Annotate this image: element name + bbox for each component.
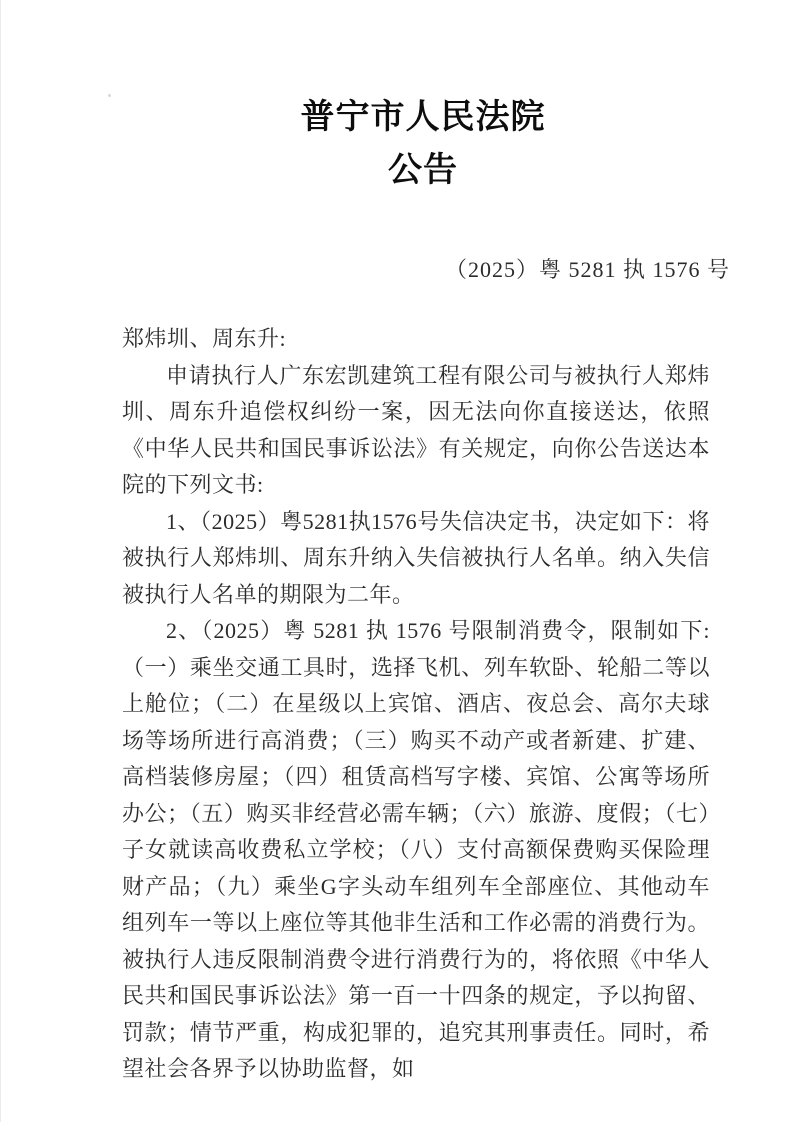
salutation: 郑炜圳、周东升: — [122, 321, 710, 358]
document-content: 普宁市人民法院 公告 （2025）粤 5281 执 1576 号 郑炜圳、周东升… — [122, 0, 710, 1088]
court-name: 普宁市人民法院 — [122, 91, 710, 144]
doc-type-title: 公告 — [122, 144, 710, 197]
paragraph-consumption-restriction: 2、（2025）粤 5281 执 1576 号限制消费令，限制如下:（一）乘坐交… — [122, 613, 710, 1088]
scan-dust-speck — [108, 94, 111, 97]
paragraph-intro: 申请执行人广东宏凯建筑工程有限公司与被执行人郑炜圳、周东升追偿权纠纷一案，因无法… — [122, 358, 710, 504]
document-header: 普宁市人民法院 公告 — [122, 91, 710, 197]
document-page: 普宁市人民法院 公告 （2025）粤 5281 执 1576 号 郑炜圳、周东升… — [0, 0, 793, 1122]
document-body: 郑炜圳、周东升: 申请执行人广东宏凯建筑工程有限公司与被执行人郑炜圳、周东升追偿… — [122, 321, 710, 1088]
case-number: （2025）粤 5281 执 1576 号 — [122, 251, 730, 288]
paragraph-dishonesty-decision: 1、（2025）粤5281执1576号失信决定书，决定如下：将被执行人郑炜圳、周… — [122, 504, 710, 614]
